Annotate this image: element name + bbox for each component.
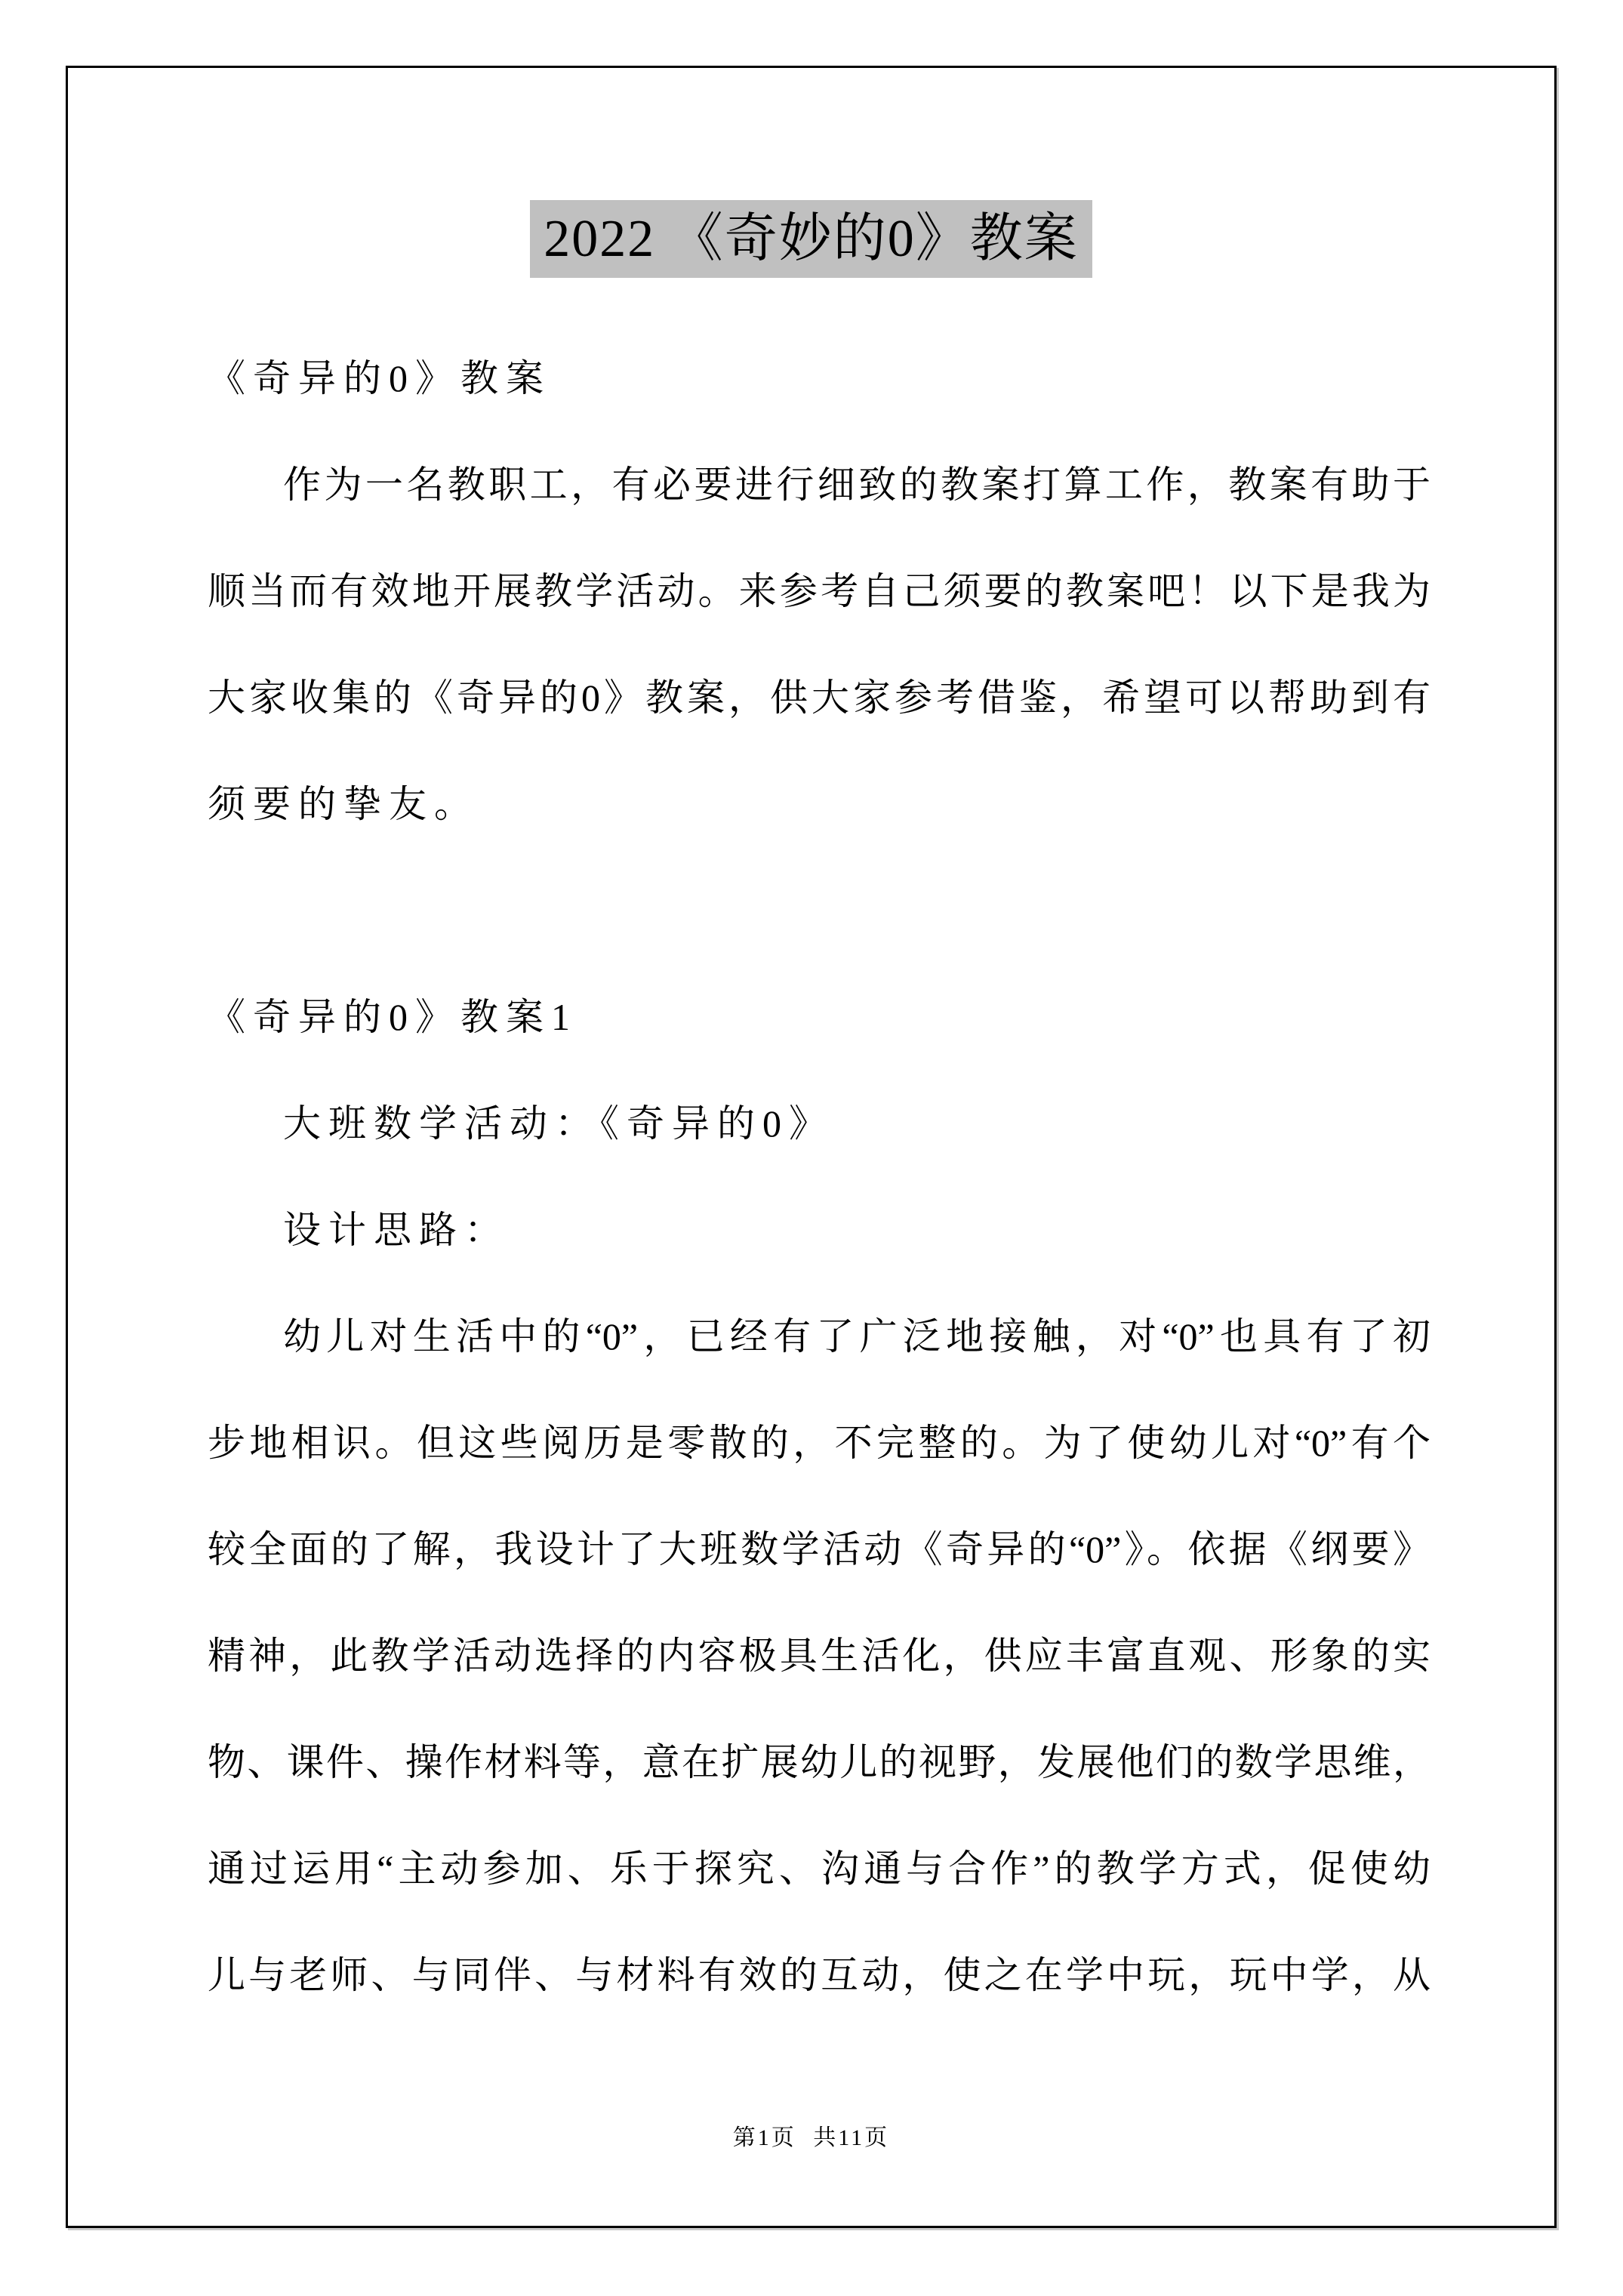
text-line: 物、课件、操作材料等，意在扩展幼儿的视野，发展他们的数学思维， [208, 1709, 1431, 1816]
text-line: 设计思路： [208, 1177, 1431, 1284]
title-row: 2022 《奇妙的0》教案 [66, 200, 1557, 278]
page-footer: 第1页 共11页 [66, 2123, 1557, 2153]
page-number-text: 第1页 共11页 [733, 2125, 889, 2150]
document-body: 《奇异的0》教案作为一名教职工，有必要进行细致的教案打算工作，教案有助于顺当而有… [208, 325, 1431, 2029]
text-line: 《奇异的0》教案 [208, 325, 1431, 432]
text-line: 作为一名教职工，有必要进行细致的教案打算工作，教案有助于 [208, 432, 1431, 538]
text-line: 较全面的了解，我设计了大班数学活动《奇异的“0”》。依据《纲要》 [208, 1496, 1431, 1603]
text-line: 大班数学活动：《奇异的0》 [208, 1071, 1431, 1177]
text-line: 大家收集的《奇异的0》教案，供大家参考借鉴，希望可以帮助到有 [208, 645, 1431, 751]
text-line: 顺当而有效地开展教学活动。来参考自己须要的教案吧！以下是我为 [208, 538, 1431, 645]
text-line: 儿与老师、与同伴、与材料有效的互动，使之在学中玩，玩中学，从 [208, 1922, 1431, 2029]
text-line: 《奇异的0》教案1 [208, 964, 1431, 1071]
blank-line [208, 858, 1431, 964]
text-line: 须要的挚友。 [208, 751, 1431, 858]
document-page: 2022 《奇妙的0》教案 《奇异的0》教案作为一名教职工，有必要进行细致的教案… [0, 0, 1623, 2296]
document-title: 2022 《奇妙的0》教案 [530, 200, 1092, 278]
text-line: 通过运用“主动参加、乐于探究、沟通与合作”的教学方式，促使幼 [208, 1816, 1431, 1922]
text-line: 精神，此教学活动选择的内容极具生活化，供应丰富直观、形象的实 [208, 1603, 1431, 1709]
text-line: 步地相识。但这些阅历是零散的，不完整的。为了使幼儿对“0”有个 [208, 1390, 1431, 1496]
text-line: 幼儿对生活中的“0”，已经有了广泛地接触，对“0”也具有了初 [208, 1284, 1431, 1390]
